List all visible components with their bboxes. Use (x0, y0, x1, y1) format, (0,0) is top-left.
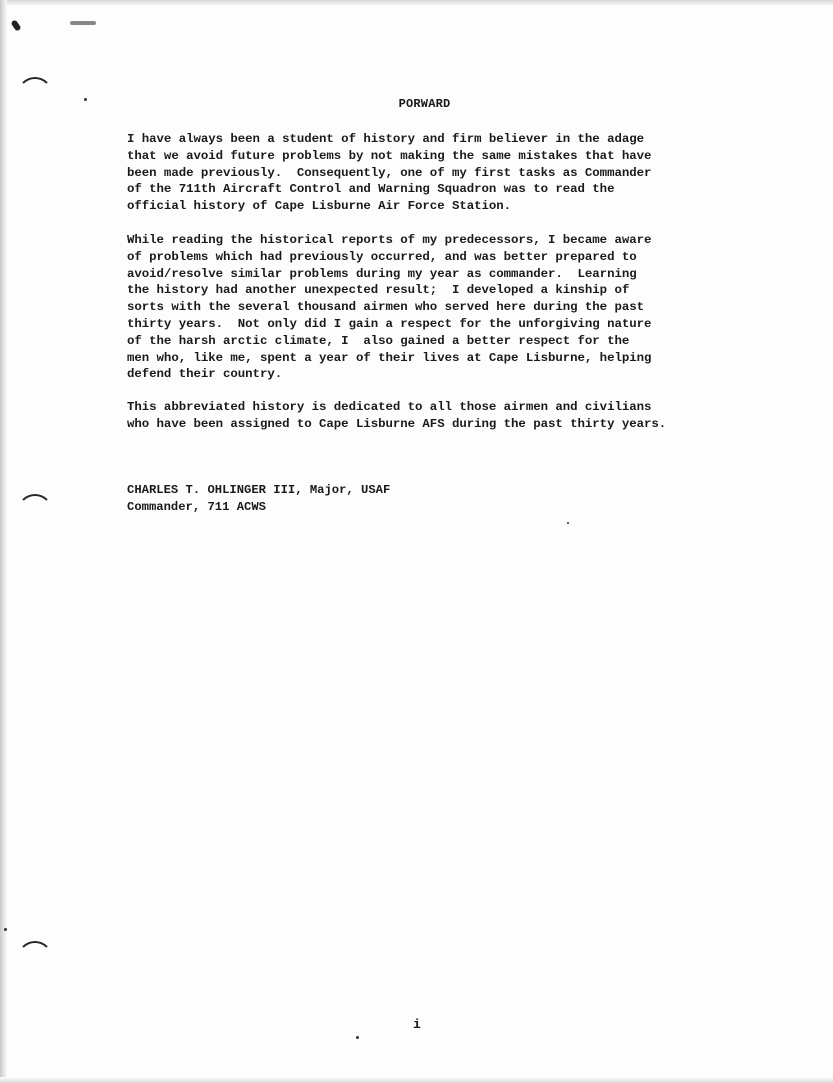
document-title: PORWARD (0, 97, 833, 111)
scan-speck (4, 928, 7, 931)
page-number: i (413, 1017, 421, 1032)
text-line: of the harsh arctic climate, I also gain… (127, 333, 767, 350)
scan-top-edge (0, 0, 833, 6)
text-line: I have always been a student of history … (127, 131, 767, 148)
scan-speck (567, 522, 569, 524)
binder-hole-middle-icon (17, 494, 53, 530)
paragraph-intro: I have always been a student of history … (127, 131, 767, 215)
text-line: defend their country. (127, 366, 767, 383)
text-line: the history had another unexpected resul… (127, 282, 767, 299)
text-line: of the 711th Aircraft Control and Warnin… (127, 181, 767, 198)
scan-smudge (70, 21, 96, 25)
signature-block: CHARLES T. OHLINGER III, Major, USAF Com… (127, 482, 390, 515)
text-line: official history of Cape Lisburne Air Fo… (127, 198, 767, 215)
text-line: men who, like me, spent a year of their … (127, 350, 767, 367)
paragraph-dedication: This abbreviated history is dedicated to… (127, 399, 767, 433)
pen-mark (10, 19, 21, 31)
binder-hole-bottom-icon (17, 941, 53, 977)
scanned-page: PORWARD I have always been a student of … (0, 0, 833, 1083)
text-line: This abbreviated history is dedicated to… (127, 399, 767, 416)
text-line: thirty years. Not only did I gain a resp… (127, 316, 767, 333)
scan-speck (356, 1036, 359, 1039)
text-line: sorts with the several thousand airmen w… (127, 299, 767, 316)
text-line: While reading the historical reports of … (127, 232, 767, 249)
scan-bottom-edge (0, 1077, 833, 1083)
scan-left-edge (0, 0, 7, 1083)
signature-name: CHARLES T. OHLINGER III, Major, USAF (127, 482, 390, 499)
text-line: avoid/resolve similar problems during my… (127, 266, 767, 283)
signature-title: Commander, 711 ACWS (127, 499, 390, 516)
text-line: of problems which had previously occurre… (127, 249, 767, 266)
text-line: been made previously. Consequently, one … (127, 165, 767, 182)
text-line: that we avoid future problems by not mak… (127, 148, 767, 165)
text-line: who have been assigned to Cape Lisburne … (127, 416, 767, 433)
paragraph-reflection: While reading the historical reports of … (127, 232, 767, 383)
